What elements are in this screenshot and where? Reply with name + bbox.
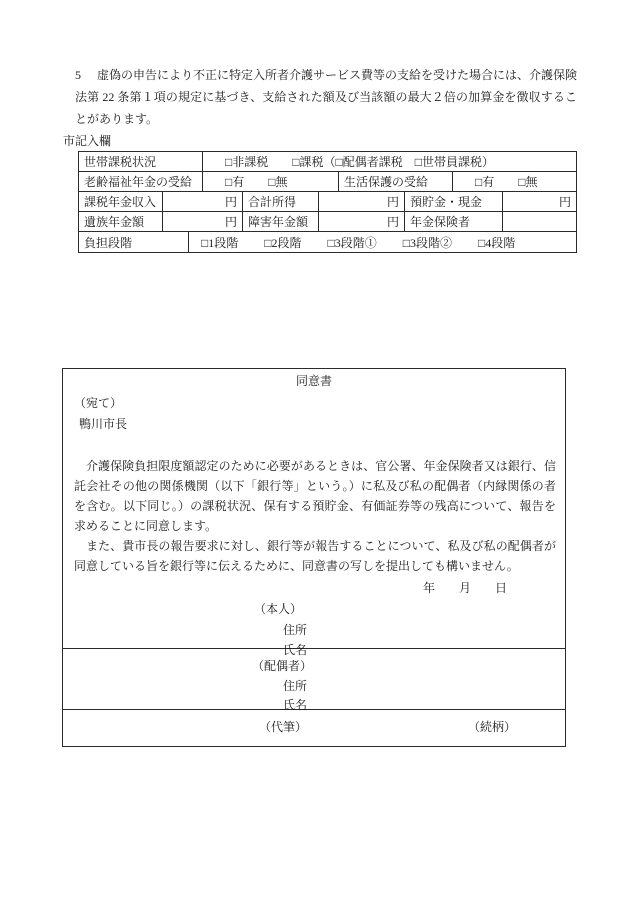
proxy-label: （代筆） bbox=[259, 718, 307, 735]
date-month-label: 月 bbox=[459, 579, 471, 596]
date-line: 年 月 日 bbox=[423, 579, 507, 596]
burden-stage-option-3a: □3段階① bbox=[328, 234, 377, 251]
consent-paragraph-1: 介護保険負担限度額認定のために必要があるときは、官公署、年金保険者又は銀行、信託… bbox=[74, 456, 556, 536]
addressee-name: 鴨川市長 bbox=[79, 415, 127, 432]
disability-pension-label: 障害年金額 bbox=[243, 212, 319, 231]
survivor-pension-label: 遺族年金額 bbox=[79, 212, 163, 231]
consent-paragraph-2: また、貴市長の報告要求に対し、銀行等が報告することについて、私及び私の配偶者が同… bbox=[74, 536, 556, 576]
disability-pension-unit: 円 bbox=[319, 212, 405, 231]
table-row-income: 課税年金収入 円 合計所得 円 預貯金・現金 円 bbox=[79, 192, 576, 212]
relation-label: （続柄） bbox=[468, 718, 516, 735]
taxable-pension-income-unit: 円 bbox=[163, 192, 243, 211]
spouse-label: （配偶者） bbox=[252, 657, 312, 674]
notice-item-5: 5 虚偽の申告により不正に特定入所者介護サービス費等の支給を受けた場合には、介護… bbox=[75, 64, 577, 130]
consent-proxy-section: （代筆） （続柄） bbox=[63, 710, 565, 746]
table-row-household-tax: 世帯課税状況 □非課税 □課税（□配偶者課税 □世帯員課税） bbox=[79, 152, 576, 172]
burden-stage-option-3b: □3段階② bbox=[403, 234, 452, 251]
person-address-label: 住所 bbox=[283, 621, 307, 638]
total-income-label: 合計所得 bbox=[243, 192, 319, 211]
date-year-label: 年 bbox=[423, 579, 435, 596]
survivor-pension-unit: 円 bbox=[163, 212, 243, 231]
burden-stage-options: □1段階 □2段階 □3段階① □3段階② □4段階 bbox=[189, 232, 576, 252]
consent-main-section: 同意書 （宛て） 鴨川市長 介護保険負担限度額認定のために必要があるときは、官公… bbox=[63, 369, 565, 649]
consent-body: 介護保険負担限度額認定のために必要があるときは、官公署、年金保険者又は銀行、信託… bbox=[74, 456, 556, 576]
pension-insurer-value bbox=[503, 212, 576, 231]
consent-title: 同意書 bbox=[63, 372, 565, 389]
welfare-pension-options: □有 □無 bbox=[203, 172, 339, 191]
addressee-label: （宛て） bbox=[74, 394, 122, 411]
notice-item-text: 虚偽の申告により不正に特定入所者介護サービス費等の支給を受けた場合には、介護保険… bbox=[75, 68, 577, 126]
city-entry-table: 世帯課税状況 □非課税 □課税（□配偶者課税 □世帯員課税） 老齢福祉年金の受給… bbox=[78, 151, 577, 253]
burden-stage-option-2: □2段階 bbox=[264, 234, 301, 251]
document-page: 5 虚偽の申告により不正に特定入所者介護サービス費等の支給を受けた場合には、介護… bbox=[0, 0, 630, 903]
welfare-pension-label: 老齢福祉年金の受給 bbox=[79, 172, 203, 191]
burden-stage-label: 負担段階 bbox=[79, 232, 189, 252]
person-label: （本人） bbox=[254, 600, 302, 617]
notice-item-number: 5 bbox=[75, 64, 97, 86]
table-row-pension-welfare: 老齢福祉年金の受給 □有 □無 生活保護の受給 □有 □無 bbox=[79, 172, 576, 192]
total-income-unit: 円 bbox=[319, 192, 405, 211]
public-assistance-label: 生活保護の受給 bbox=[339, 172, 453, 191]
consent-spouse-section: （配偶者） 住所 氏名 bbox=[63, 649, 565, 710]
date-day-label: 日 bbox=[495, 579, 507, 596]
burden-stage-option-1: □1段階 bbox=[201, 234, 238, 251]
table-row-burden-stage: 負担段階 □1段階 □2段階 □3段階① □3段階② □4段階 bbox=[79, 232, 576, 252]
savings-cash-unit: 円 bbox=[503, 192, 576, 211]
spouse-address-label: 住所 bbox=[283, 677, 307, 694]
public-assistance-options: □有 □無 bbox=[453, 172, 576, 191]
pension-insurer-label: 年金保険者 bbox=[405, 212, 503, 231]
consent-form-box: 同意書 （宛て） 鴨川市長 介護保険負担限度額認定のために必要があるときは、官公… bbox=[62, 368, 566, 747]
household-tax-status-options: □非課税 □課税（□配偶者課税 □世帯員課税） bbox=[203, 152, 576, 171]
city-entry-section-label: 市記入欄 bbox=[63, 132, 111, 149]
table-row-pension-amounts: 遺族年金額 円 障害年金額 円 年金保険者 bbox=[79, 212, 576, 232]
savings-cash-label: 預貯金・現金 bbox=[405, 192, 503, 211]
taxable-pension-income-label: 課税年金収入 bbox=[79, 192, 163, 211]
burden-stage-option-4: □4段階 bbox=[478, 234, 515, 251]
household-tax-status-label: 世帯課税状況 bbox=[79, 152, 203, 171]
